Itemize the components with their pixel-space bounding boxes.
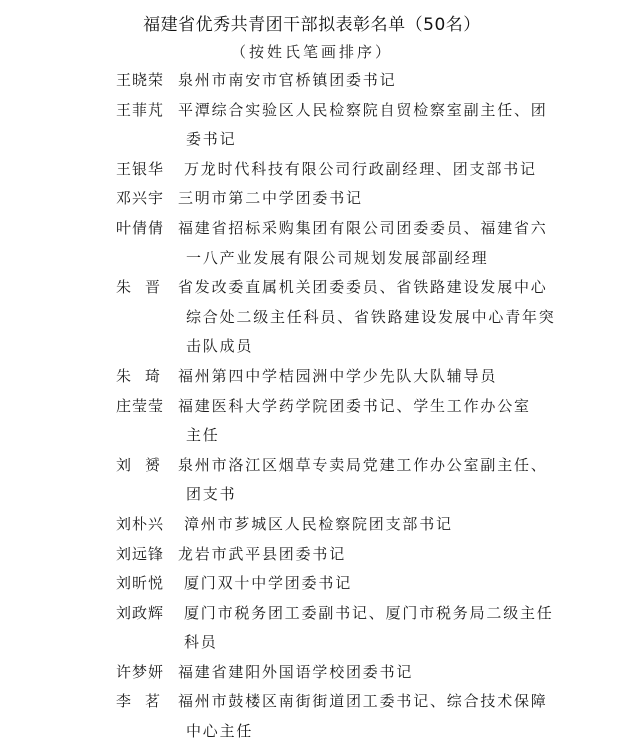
honoree-name: 李茗	[116, 687, 178, 746]
honoree-name: 刘远锋	[116, 540, 178, 570]
honoree-role: 福建医科大学药学院团委书记、学生工作办公室 主任	[178, 392, 586, 451]
role-line: 厦门市税务团工委副书记、厦门市税务局二级主任	[184, 599, 586, 629]
role-line: 福州市鼓楼区南街街道团工委书记、综合技术保障	[178, 687, 586, 717]
honoree-role: 龙岩市武平县团委书记	[178, 540, 586, 570]
honoree-name: 王晓荣	[116, 66, 178, 96]
honoree-role: 福州市鼓楼区南街街道团工委书记、综合技术保障 中心主任	[178, 687, 586, 746]
list-item: 刘赟 泉州市洛江区烟草专卖局党建工作办公室副主任、 团支书	[116, 451, 586, 510]
list-item: 朱晋 省发改委直属机关团委委员、省铁路建设发展中心 综合处二级主任科员、省铁路建…	[116, 273, 586, 362]
honoree-name: 刘赟	[116, 451, 178, 510]
role-line: 委书记	[178, 125, 586, 155]
list-item: 刘朴兴 漳州市芗城区人民检察院团支部书记	[116, 510, 586, 540]
role-line: 综合处二级主任科员、省铁路建设发展中心青年突	[178, 303, 586, 333]
honoree-name: 朱琦	[116, 362, 178, 392]
role-line: 主任	[178, 421, 586, 451]
honoree-name: 叶倩倩	[116, 214, 178, 273]
honoree-role: 福州第四中学桔园洲中学少先队大队辅导员	[178, 362, 586, 392]
honoree-role: 省发改委直属机关团委委员、省铁路建设发展中心 综合处二级主任科员、省铁路建设发展…	[178, 273, 586, 362]
role-line: 龙岩市武平县团委书记	[178, 540, 586, 570]
role-line: 中心主任	[178, 717, 586, 747]
role-line: 科员	[184, 628, 586, 658]
honoree-name: 王银华	[116, 155, 178, 185]
list-item: 庄莹莹 福建医科大学药学院团委书记、学生工作办公室 主任	[116, 392, 586, 451]
honoree-name: 许梦妍	[116, 658, 178, 688]
honoree-name: 刘朴兴	[116, 510, 178, 540]
list-item: 王晓荣 泉州市南安市官桥镇团委书记	[116, 66, 586, 96]
list-item: 刘政辉 厦门市税务团工委副书记、厦门市税务局二级主任 科员	[116, 599, 586, 658]
role-line: 泉州市洛江区烟草专卖局党建工作办公室副主任、	[178, 451, 586, 481]
document-subtitle: （按姓氏笔画排序）	[0, 41, 624, 62]
role-line: 三明市第二中学团委书记	[178, 184, 586, 214]
honoree-role: 福建省建阳外国语学校团委书记	[178, 658, 586, 688]
honoree-role: 漳州市芗城区人民检察院团支部书记	[178, 510, 586, 540]
role-line: 福建省建阳外国语学校团委书记	[178, 658, 586, 688]
role-line: 万龙时代科技有限公司行政副经理、团支部书记	[184, 155, 586, 185]
honoree-name: 邓兴宇	[116, 184, 178, 214]
list-item: 王菲芃 平潭综合实验区人民检察院自贸检察室副主任、团 委书记	[116, 96, 586, 155]
role-line: 福建医科大学药学院团委书记、学生工作办公室	[178, 392, 586, 422]
role-line: 厦门双十中学团委书记	[184, 569, 586, 599]
honoree-role: 万龙时代科技有限公司行政副经理、团支部书记	[178, 155, 586, 185]
honoree-role: 厦门市税务团工委副书记、厦门市税务局二级主任 科员	[178, 599, 586, 658]
honoree-role: 三明市第二中学团委书记	[178, 184, 586, 214]
honoree-name: 刘昕悦	[116, 569, 178, 599]
list-item: 许梦妍 福建省建阳外国语学校团委书记	[116, 658, 586, 688]
honoree-role: 泉州市洛江区烟草专卖局党建工作办公室副主任、 团支书	[178, 451, 586, 510]
list-item: 朱琦 福州第四中学桔园洲中学少先队大队辅导员	[116, 362, 586, 392]
role-line: 团支书	[178, 480, 586, 510]
honoree-name: 庄莹莹	[116, 392, 178, 451]
honoree-role: 厦门双十中学团委书记	[178, 569, 586, 599]
honoree-role: 泉州市南安市官桥镇团委书记	[178, 66, 586, 96]
list-item: 邓兴宇 三明市第二中学团委书记	[116, 184, 586, 214]
role-line: 泉州市南安市官桥镇团委书记	[178, 66, 586, 96]
role-line: 福建省招标采购集团有限公司团委委员、福建省六	[178, 214, 586, 244]
list-item: 刘昕悦 厦门双十中学团委书记	[116, 569, 586, 599]
honoree-name: 王菲芃	[116, 96, 178, 155]
document-title: 福建省优秀共青团干部拟表彰名单（50名）	[0, 10, 624, 35]
role-line: 一八产业发展有限公司规划发展部副经理	[178, 244, 586, 274]
role-line: 省发改委直属机关团委委员、省铁路建设发展中心	[178, 273, 586, 303]
list-item: 王银华 万龙时代科技有限公司行政副经理、团支部书记	[116, 155, 586, 185]
list-item: 叶倩倩 福建省招标采购集团有限公司团委委员、福建省六 一八产业发展有限公司规划发…	[116, 214, 586, 273]
honoree-role: 福建省招标采购集团有限公司团委委员、福建省六 一八产业发展有限公司规划发展部副经…	[178, 214, 586, 273]
role-line: 福州第四中学桔园洲中学少先队大队辅导员	[178, 362, 586, 392]
honoree-name: 朱晋	[116, 273, 178, 362]
honoree-name: 刘政辉	[116, 599, 178, 658]
honoree-role: 平潭综合实验区人民检察院自贸检察室副主任、团 委书记	[178, 96, 586, 155]
role-line: 漳州市芗城区人民检察院团支部书记	[184, 510, 586, 540]
role-line: 击队成员	[178, 332, 586, 362]
list-item: 刘远锋 龙岩市武平县团委书记	[116, 540, 586, 570]
list-item: 李茗 福州市鼓楼区南街街道团工委书记、综合技术保障 中心主任	[116, 687, 586, 746]
role-line: 平潭综合实验区人民检察院自贸检察室副主任、团	[178, 96, 586, 126]
honoree-list: 王晓荣 泉州市南安市官桥镇团委书记 王菲芃 平潭综合实验区人民检察院自贸检察室副…	[116, 66, 586, 747]
